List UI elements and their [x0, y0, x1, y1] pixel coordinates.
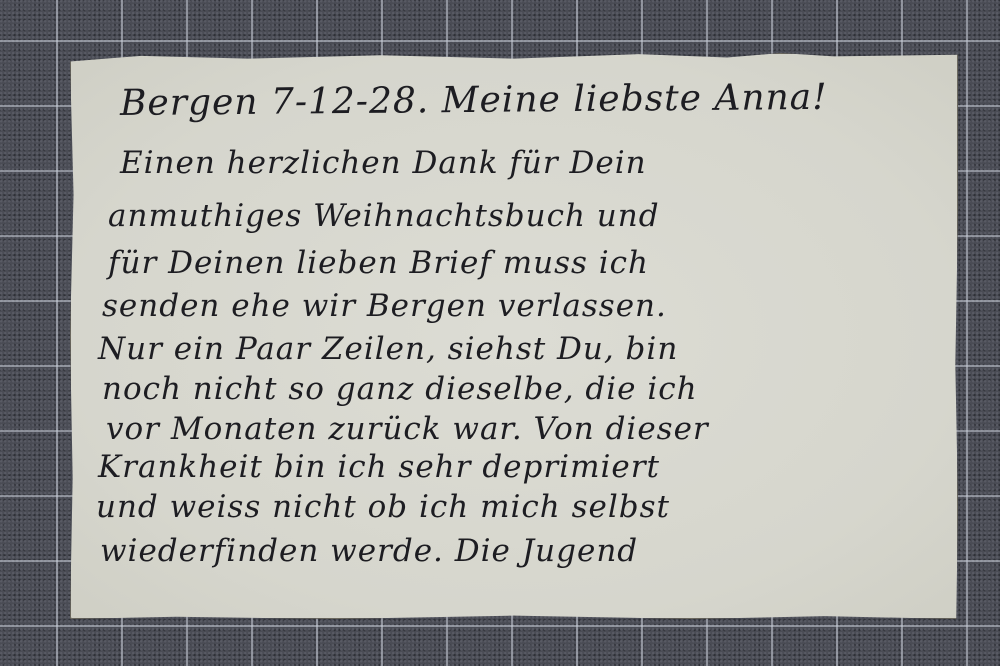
- postcard: Bergen 7-12-28. Meine liebste Anna! Eine…: [70, 53, 958, 619]
- letter-line-2: Einen herzlichen Dank für Dein: [120, 145, 647, 181]
- letter-line-9: Krankheit bin ich sehr deprimiert: [98, 449, 660, 485]
- letter-line-1: Bergen 7-12-28. Meine liebste Anna!: [120, 77, 828, 124]
- letter-line-8: vor Monaten zurück war. Von dieser: [106, 411, 709, 447]
- letter-line-3: anmuthiges Weihnachtsbuch und: [108, 198, 660, 234]
- letter-line-10: und weiss nicht ob ich mich selbst: [96, 489, 670, 525]
- letter-line-4: für Deinen lieben Brief muss ich: [108, 245, 649, 281]
- letter-line-11: wiederfinden werde. Die Jugend: [100, 533, 638, 569]
- letter-line-5: senden ehe wir Bergen verlassen.: [102, 288, 667, 324]
- letter-line-6: Nur ein Paar Zeilen, siehst Du, bin: [98, 331, 678, 367]
- letter-line-7: noch nicht so ganz dieselbe, die ich: [102, 371, 698, 407]
